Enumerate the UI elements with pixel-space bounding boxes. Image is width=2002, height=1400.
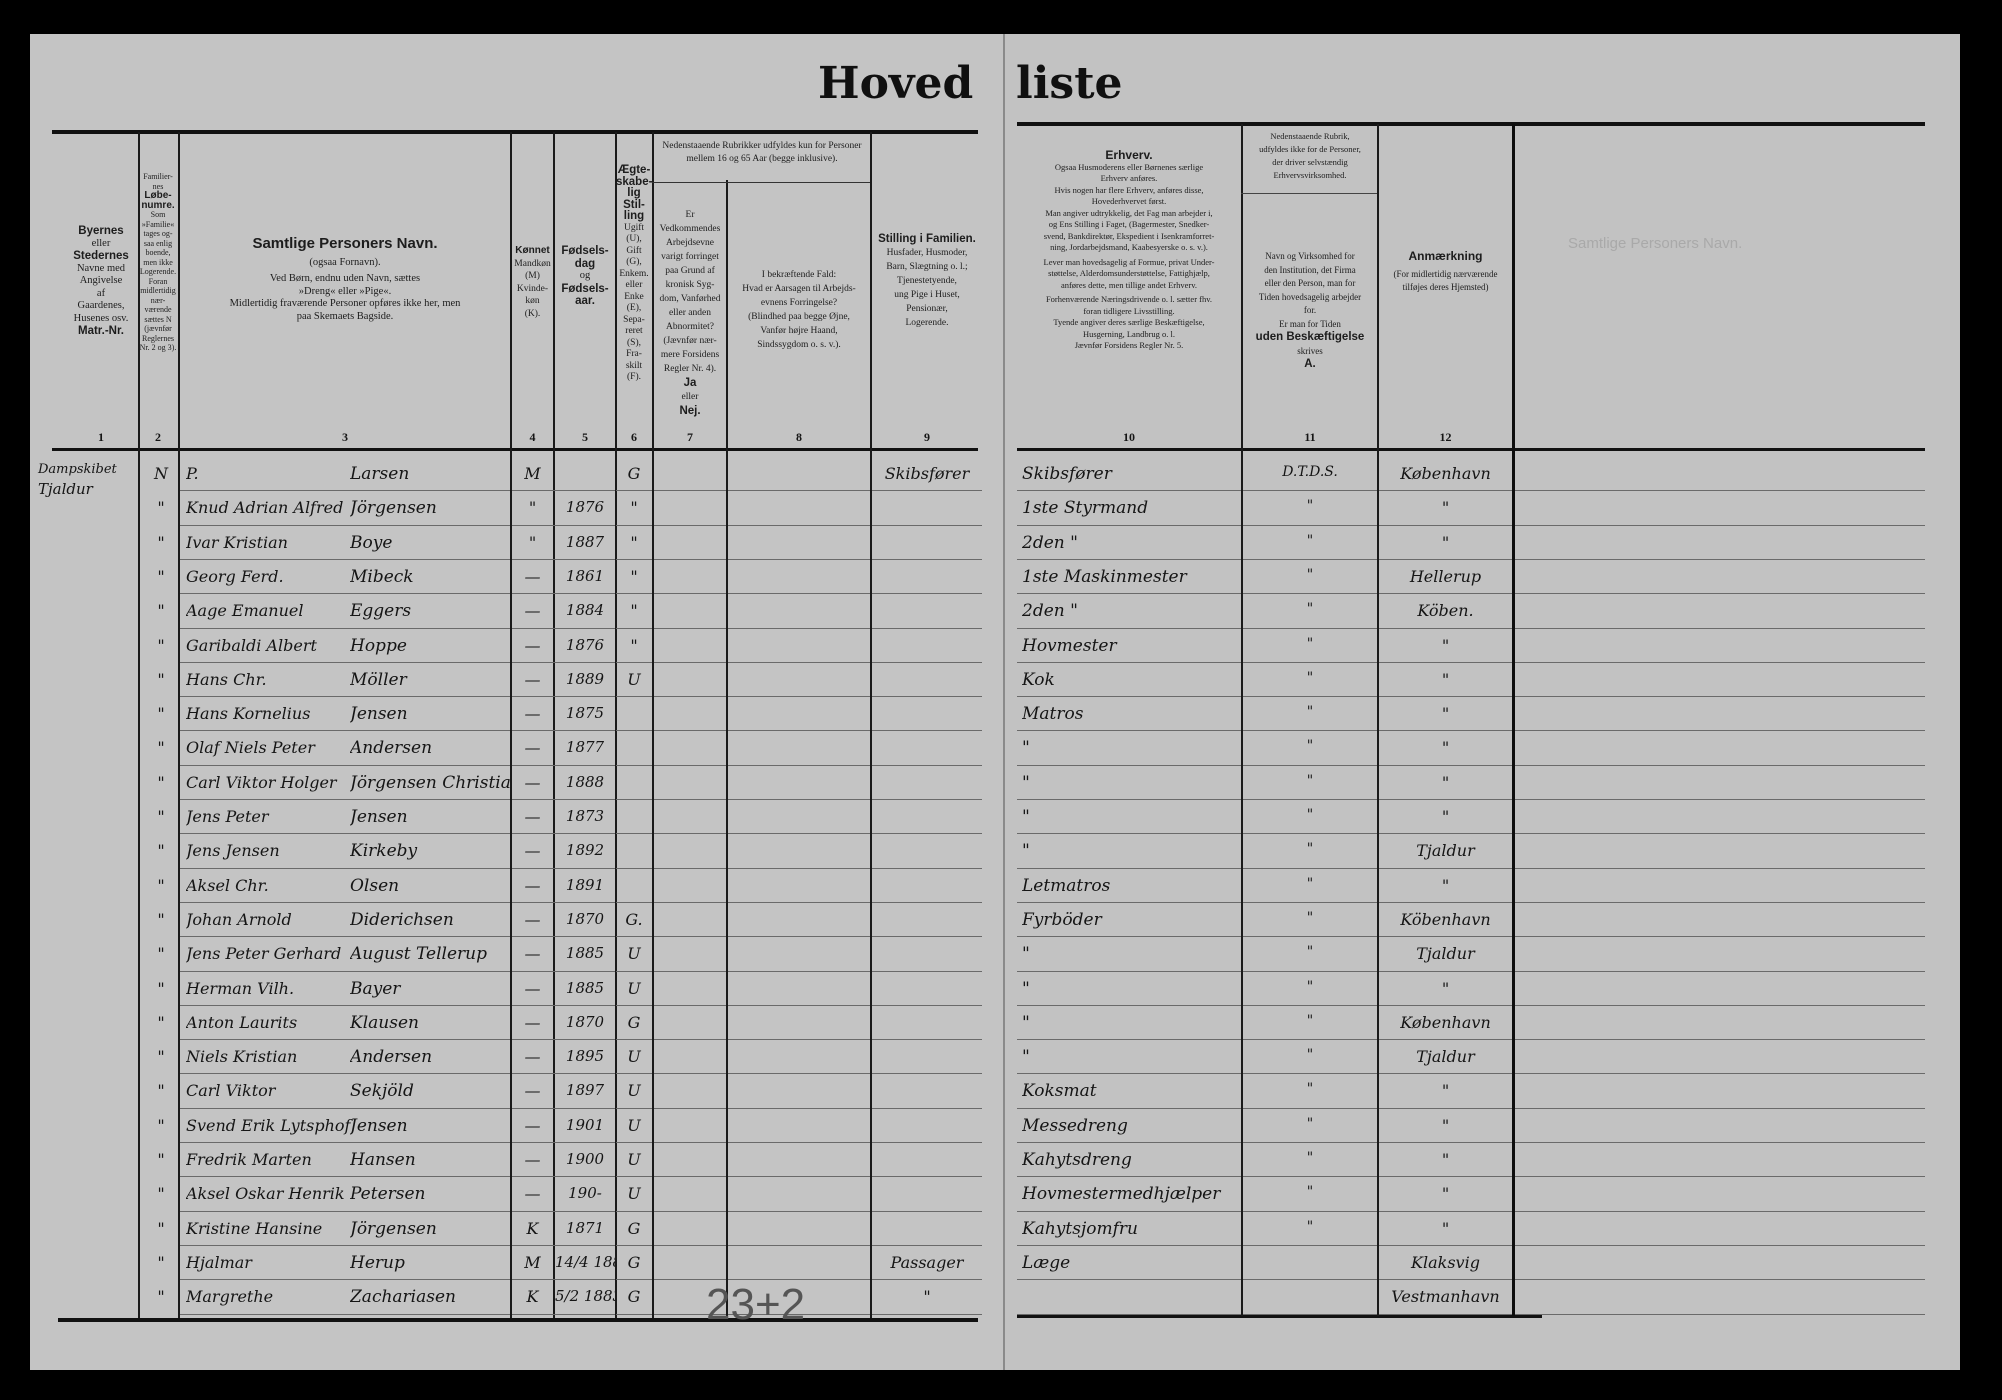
cell-occupation: Letmatros [1022,876,1241,896]
cell-fam: " [146,738,176,757]
cell-note: " [1379,979,1512,998]
cell-sex: — [512,807,553,826]
cell-employer: " [1243,1081,1377,1097]
header-bottom-rule-right [1017,448,1925,451]
ruled-line [616,902,652,903]
cell-first: Aage Emanuel [186,601,356,620]
cell-occupation: " [1022,1047,1241,1067]
ruled-line [1515,1039,1925,1040]
ruled-line [1017,902,1241,903]
cell-fam: N [146,464,176,483]
cell-employer: " [1243,1150,1377,1166]
ruled-line [616,662,652,663]
ruled-line [180,1073,510,1074]
ruled-line [1379,730,1512,731]
cell-employer: " [1243,807,1377,823]
cell-civil: " [616,498,652,517]
cell-sex: — [512,1116,553,1135]
cell-last: Andersen [350,1047,510,1067]
ruled-line [616,1279,652,1280]
cell-occupation: Matros [1022,704,1241,724]
col-number-9: 9 [872,430,982,445]
cell-born: 1870 [555,910,615,928]
ruled-line [180,971,510,972]
header-col5: Fødsels-dag ogFødsels- aar. [555,245,615,308]
ruled-line [728,1245,870,1246]
ruled-line [872,1073,982,1074]
cell-born: 1884 [555,601,615,619]
ruled-line [1017,1108,1241,1109]
cell-civil: " [616,636,652,655]
ruled-line [1243,1176,1377,1177]
cell-occupation: Læge [1022,1253,1241,1273]
ruled-line [872,765,982,766]
cell-last: Andersen [350,738,510,758]
ruled-line [654,1039,726,1040]
ruled-line [1243,833,1377,834]
cell-employer: " [1243,636,1377,652]
cell-occupation: Hovmestermedhjælper [1022,1184,1241,1204]
cell-note: " [1379,1150,1512,1169]
cell-born: 1892 [555,841,615,859]
cell-last: Larsen [350,464,510,484]
ruled-line [512,868,615,869]
cell-first: Knud Adrian Alfred [186,498,356,517]
cell-sex: — [512,979,553,998]
cell-occupation: Hovmester [1022,636,1241,656]
ruled-line [1243,1108,1377,1109]
title-right: liste [1016,58,1123,109]
cell-occupation: " [1022,807,1241,827]
cell-civil: G. [616,910,652,929]
ruled-line [1515,936,1925,937]
ruled-line [1515,1245,1925,1246]
divider-col11-top [1241,193,1377,194]
ruled-line [654,525,726,526]
ruled-line [1243,1211,1377,1212]
cell-first: Fredrik Marten [186,1150,356,1169]
ruled-line [616,525,652,526]
ruled-line [512,662,615,663]
cell-first: Ivar Kristian [186,533,356,552]
cell-civil: U [616,979,652,998]
cell-born: 1885 [555,944,615,962]
ruled-line [1379,1039,1512,1040]
ruled-line [1017,1005,1241,1006]
ruled-line [654,593,726,594]
cell-relation: Passager [872,1253,982,1272]
cell-note: " [1379,807,1512,826]
cell-employer: " [1243,1116,1377,1132]
header-bottom-rule-left [52,448,978,451]
ruled-line [512,730,615,731]
ruled-line [728,696,870,697]
ruled-line [872,593,982,594]
ruled-line [1515,1211,1925,1212]
ruled-line [1379,1211,1512,1212]
cell-fam: " [146,1081,176,1100]
ruled-line [1017,971,1241,972]
ruled-line [1243,971,1377,972]
ruled-line [1243,628,1377,629]
cell-sex: — [512,1013,553,1032]
cell-first: Olaf Niels Peter [186,738,356,757]
cell-last: Jensen [350,1116,510,1136]
ruled-line [728,1005,870,1006]
cell-sex: M [512,464,553,483]
cell-last: Jörgensen Christian [350,773,510,793]
ruled-line [654,628,726,629]
cell-sex: — [512,1047,553,1066]
header-col10: Erhverv. Ogsaa Husmoderens eller Børnene… [1017,150,1241,352]
col-number-10: 10 [1017,430,1241,445]
ruled-line [654,730,726,731]
col-number-3: 3 [180,430,510,445]
ruled-line [1243,1245,1377,1246]
cell-born: 1873 [555,807,615,825]
cell-first: Carl Viktor [186,1081,356,1100]
ruled-line [1515,628,1925,629]
ruled-line [872,971,982,972]
ruled-line [872,799,982,800]
cell-occupation: " [1022,1013,1241,1033]
cell-fam: " [146,1253,176,1272]
cell-civil: U [616,1116,652,1135]
ruled-line [1515,833,1925,834]
ruled-line [180,1314,510,1315]
cell-note: Hellerup [1379,567,1512,586]
ruled-line [180,1176,510,1177]
ruled-line [1515,525,1925,526]
cell-last: Jörgensen [350,1219,510,1239]
cell-born: 1888 [555,773,615,791]
place-line-1: Dampskibet [38,462,117,477]
ruled-line [872,833,982,834]
cell-civil: G [616,1219,652,1238]
cell-last: Diderichsen [350,910,510,930]
ruled-line [654,799,726,800]
ruled-line [1379,559,1512,560]
cell-note: " [1379,773,1512,792]
header-col3: Samtlige Personers Navn. (ogsaa Fornavn)… [180,238,510,323]
ruled-line [616,1314,652,1315]
ruled-line [654,833,726,834]
ruled-line [654,1108,726,1109]
ruled-line [512,1108,615,1109]
ruled-line [1017,1245,1241,1246]
cell-first: Niels Kristian [186,1047,356,1066]
ruled-line [1243,868,1377,869]
cell-occupation: 2den " [1022,533,1241,553]
ruled-line [180,593,510,594]
ruled-line [1379,765,1512,766]
cell-occupation: Kok [1022,670,1241,690]
ruled-line [654,1245,726,1246]
cell-fam: " [146,498,176,517]
ruled-line [616,730,652,731]
ruled-line [180,1142,510,1143]
cell-sex: K [512,1287,553,1306]
cell-born: 1889 [555,670,615,688]
ruled-line [616,833,652,834]
ruled-line [1017,1039,1241,1040]
ruled-line [180,490,510,491]
ruled-line [180,1245,510,1246]
ruled-line [616,971,652,972]
ruled-line [1017,662,1241,663]
table-bottom-rule-right [1017,1314,1542,1318]
cell-first: Aksel Oskar Henrik [186,1184,356,1203]
cell-first: Jens Peter [186,807,356,826]
cell-employer: " [1243,876,1377,892]
ruled-line [872,490,982,491]
ruled-line [728,971,870,972]
header-col4: KønnetMandkøn (M)Kvinde- køn(K). [512,245,553,320]
cell-employer: " [1243,704,1377,720]
divider-col12 [1512,124,1515,1316]
ruled-line [616,1142,652,1143]
tally-mark: 23+2 [706,1280,805,1330]
ruled-line [728,730,870,731]
cell-civil: U [616,1184,652,1203]
ruled-line [654,868,726,869]
cell-last: Eggers [350,601,510,621]
ruled-line [512,1211,615,1212]
ruled-line [512,593,615,594]
ruled-line [512,936,615,937]
cell-sex: — [512,910,553,929]
ruled-line [1243,1005,1377,1006]
col-number-4: 4 [512,430,553,445]
col-number-5: 5 [555,430,615,445]
cell-civil: G [616,464,652,483]
cell-employer: " [1243,979,1377,995]
cell-occupation: Messedreng [1022,1116,1241,1136]
ruled-line [180,730,510,731]
ruled-line [1515,799,1925,800]
ruled-line [1515,902,1925,903]
col-number-7: 7 [654,430,726,445]
ruled-line [1515,1279,1925,1280]
ruled-line [1017,1073,1241,1074]
ruled-line [1243,730,1377,731]
ruled-line [180,1005,510,1006]
ruled-line [1379,593,1512,594]
ruled-line [616,868,652,869]
ruled-line [512,1005,615,1006]
ruled-line [1515,971,1925,972]
cell-note: København [1379,464,1512,483]
cell-fam: " [146,841,176,860]
ruled-line [512,1245,615,1246]
ruled-line [1379,525,1512,526]
cell-fam: " [146,601,176,620]
cell-fam: " [146,910,176,929]
cell-last: Herup [350,1253,510,1273]
cell-occupation: Skibsfører [1022,464,1241,484]
cell-last: Jörgensen [350,498,510,518]
ruled-line [616,1108,652,1109]
ruled-line [1017,730,1241,731]
ruled-line [1017,799,1241,800]
cell-relation: " [872,1287,982,1306]
bleed-through-text: Samtlige Personers Navn. [1568,235,1742,252]
cell-last: August Tellerup [350,944,510,964]
ruled-line [1017,1314,1241,1315]
cell-first: Hans Chr. [186,670,356,689]
cell-born: 1876 [555,636,615,654]
cell-sex: — [512,876,553,895]
cell-born: 1877 [555,738,615,756]
cell-first: Svend Erik Lytsphof [186,1116,356,1135]
cell-note: " [1379,1081,1512,1100]
cell-civil: U [616,1047,652,1066]
ruled-line [654,1005,726,1006]
ruled-line [728,833,870,834]
ruled-line [1515,559,1925,560]
cell-occupation: 1ste Styrmand [1022,498,1241,518]
ruled-line [1379,696,1512,697]
ruled-line [1243,662,1377,663]
ruled-line [654,971,726,972]
ruled-line [1379,628,1512,629]
cell-fam: " [146,1047,176,1066]
cell-fam: " [146,1150,176,1169]
ruled-line [616,1073,652,1074]
ruled-line [1379,971,1512,972]
cell-fam: " [146,704,176,723]
ruled-line [1515,1005,1925,1006]
ruled-line [512,525,615,526]
ruled-line [654,490,726,491]
cell-born: 1887 [555,533,615,551]
ruled-line [728,490,870,491]
cell-note: Tjaldur [1379,1047,1512,1066]
ruled-line [512,1279,615,1280]
header-top-rule-left [52,130,978,134]
cell-occupation: 2den " [1022,601,1241,621]
cell-last: Petersen [350,1184,510,1204]
cell-born: 5/2 1883 [555,1287,615,1305]
header-col11: Navn og Virksomhed forden Institution, d… [1243,250,1377,372]
cell-first: Jens Peter Gerhard [186,944,356,963]
ruled-line [728,868,870,869]
cell-first: Hans Kornelius [186,704,356,723]
cell-occupation: " [1022,773,1241,793]
cell-born: 190- [555,1184,615,1202]
ruled-line [1017,593,1241,594]
ruled-line [180,1279,510,1280]
cell-note: " [1379,876,1512,895]
ruled-line [872,662,982,663]
cell-note: " [1379,670,1512,689]
cell-fam: " [146,1013,176,1032]
cell-last: Mibeck [350,567,510,587]
cell-civil: G [616,1253,652,1272]
ruled-line [654,696,726,697]
cell-employer: " [1243,910,1377,926]
ruled-line [1017,696,1241,697]
cell-sex: " [512,533,553,552]
ruled-line [1515,868,1925,869]
ruled-line [1017,559,1241,560]
ruled-line [872,936,982,937]
col-number-12: 12 [1379,430,1512,445]
ruled-line [1243,1142,1377,1143]
cell-employer: " [1243,670,1377,686]
ruled-line [872,1108,982,1109]
cell-first: Anton Laurits [186,1013,356,1032]
cell-born: 1895 [555,1047,615,1065]
cell-civil: G [616,1287,652,1306]
ruled-line [1017,765,1241,766]
cell-occupation: Kahytsjomfru [1022,1219,1241,1239]
header-top-rule-right [1017,122,1925,126]
cell-fam: " [146,979,176,998]
ruled-line [1017,1176,1241,1177]
cell-occupation: " [1022,738,1241,758]
ruled-line [616,559,652,560]
col-number-2: 2 [138,430,178,445]
ruled-line [1243,696,1377,697]
ruled-line [728,662,870,663]
ruled-line [872,1211,982,1212]
cell-employer: " [1243,567,1377,583]
header-col7: ErVedkommendes Arbejdsevnevarigt forring… [654,208,726,418]
cell-born: 1900 [555,1150,615,1168]
cell-note: Tjaldur [1379,944,1512,963]
ruled-line [872,1279,982,1280]
cell-last: Olsen [350,876,510,896]
cell-occupation: Koksmat [1022,1081,1241,1101]
cell-born: 1876 [555,498,615,516]
cell-employer: D.T.D.S. [1243,464,1377,480]
cell-occupation: Fyrböder [1022,910,1241,930]
ruled-line [1515,765,1925,766]
cell-born: 1870 [555,1013,615,1031]
ruled-line [654,662,726,663]
ruled-line [512,799,615,800]
ruled-line [1379,868,1512,869]
cell-born: 1861 [555,567,615,585]
ruled-line [616,799,652,800]
cell-note: Klaksvig [1379,1253,1512,1272]
ruled-line [1379,1005,1512,1006]
ruled-line [1379,662,1512,663]
cell-sex: — [512,944,553,963]
cell-fam: " [146,1184,176,1203]
cell-employer: " [1243,601,1377,617]
cell-sex: — [512,773,553,792]
cell-born: 1875 [555,704,615,722]
ruled-line [1243,1039,1377,1040]
cell-first: Carl Viktor Holger [186,773,356,792]
ruled-line [616,1245,652,1246]
ruled-line [872,1005,982,1006]
ruled-line [1243,525,1377,526]
cell-sex: — [512,567,553,586]
cell-civil: " [616,601,652,620]
ruled-line [512,1314,615,1315]
ruled-line [180,559,510,560]
col-number-6: 6 [616,430,652,445]
cell-fam: " [146,670,176,689]
cell-fam: " [146,636,176,655]
ruled-line [1515,490,1925,491]
cell-sex: — [512,841,553,860]
cell-fam: " [146,1219,176,1238]
ruled-line [1515,593,1925,594]
